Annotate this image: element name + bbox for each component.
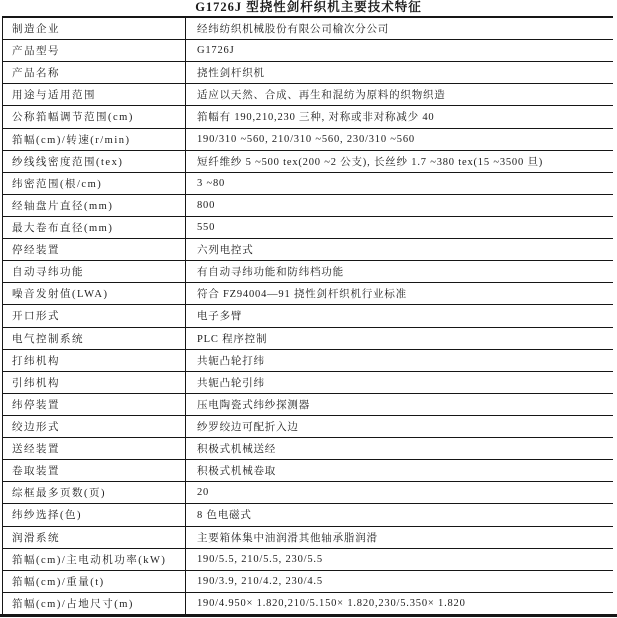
spec-value: 共轭凸轮引纬 bbox=[186, 372, 613, 393]
page-title: G1726J 型挠性剑杆织机主要技术特征 bbox=[0, 0, 617, 16]
spec-label: 筘幅(cm)/占地尺寸(m) bbox=[3, 593, 186, 614]
table-row: 打纬机构共轭凸轮打纬 bbox=[3, 350, 613, 372]
spec-table: 制造企业经纬纺织机械股份有限公司榆次分公司产品型号G1726J产品名称挠性剑杆织… bbox=[2, 16, 613, 614]
spec-label: 筘幅(cm)/主电动机功率(kW) bbox=[3, 549, 186, 570]
table-row: 产品名称挠性剑杆织机 bbox=[3, 62, 613, 84]
spec-value: 20 bbox=[186, 482, 613, 503]
table-row: 纬停装置压电陶瓷式纬纱探测器 bbox=[3, 394, 613, 416]
spec-value: 压电陶瓷式纬纱探测器 bbox=[186, 394, 613, 415]
table-bottom-rule bbox=[0, 614, 617, 617]
spec-sheet: G1726J 型挠性剑杆织机主要技术特征 制造企业经纬纺织机械股份有限公司榆次分… bbox=[0, 0, 617, 16]
spec-value: 电子多臂 bbox=[186, 305, 613, 326]
spec-label: 产品名称 bbox=[3, 62, 186, 83]
spec-label: 用途与适用范围 bbox=[3, 84, 186, 105]
spec-label: 产品型号 bbox=[3, 40, 186, 61]
table-row: 公称筘幅调节范围(cm)筘幅有 190,210,230 三种, 对称或非对称减少… bbox=[3, 106, 613, 128]
table-row: 纬纱选择(色)8 色电磁式 bbox=[3, 504, 613, 526]
spec-value: 六列电控式 bbox=[186, 239, 613, 260]
spec-label: 纱线线密度范围(tex) bbox=[3, 151, 186, 172]
table-row: 用途与适用范围适应以天然、合成、再生和混纺为原料的织物织造 bbox=[3, 84, 613, 106]
table-row: 自动寻纬功能有自动寻纬功能和防纬档功能 bbox=[3, 261, 613, 283]
table-row: 产品型号G1726J bbox=[3, 40, 613, 62]
spec-value: 190/310 ~560, 210/310 ~560, 230/310 ~560 bbox=[186, 129, 613, 150]
spec-value: 3 ~80 bbox=[186, 173, 613, 194]
spec-label: 综框最多页数(页) bbox=[3, 482, 186, 503]
spec-value: 纱罗绞边可配折入边 bbox=[186, 416, 613, 437]
spec-label: 送经装置 bbox=[3, 438, 186, 459]
table-row: 最大卷布直径(mm)550 bbox=[3, 217, 613, 239]
spec-label: 经轴盘片直径(mm) bbox=[3, 195, 186, 216]
spec-label: 绞边形式 bbox=[3, 416, 186, 437]
table-row: 电气控制系统PLC 程序控制 bbox=[3, 328, 613, 350]
spec-value: 190/3.9, 210/4.2, 230/4.5 bbox=[186, 571, 613, 592]
table-row: 润滑系统主要箱体集中油润滑其他轴承脂润滑 bbox=[3, 527, 613, 549]
spec-label: 纬密范围(根/cm) bbox=[3, 173, 186, 194]
spec-value: 主要箱体集中油润滑其他轴承脂润滑 bbox=[186, 527, 613, 548]
spec-value: 共轭凸轮打纬 bbox=[186, 350, 613, 371]
spec-label: 开口形式 bbox=[3, 305, 186, 326]
spec-value: 适应以天然、合成、再生和混纺为原料的织物织造 bbox=[186, 84, 613, 105]
spec-label: 纬纱选择(色) bbox=[3, 504, 186, 525]
spec-value: 550 bbox=[186, 217, 613, 238]
spec-label: 润滑系统 bbox=[3, 527, 186, 548]
table-row: 综框最多页数(页)20 bbox=[3, 482, 613, 504]
table-row: 停经装置六列电控式 bbox=[3, 239, 613, 261]
table-row: 纱线线密度范围(tex)短纤维纱 5 ~500 tex(200 ~2 公支), … bbox=[3, 151, 613, 173]
spec-label: 噪音发射值(LWA) bbox=[3, 283, 186, 304]
spec-value: 短纤维纱 5 ~500 tex(200 ~2 公支), 长丝纱 1.7 ~380… bbox=[186, 151, 613, 172]
spec-value: 经纬纺织机械股份有限公司榆次分公司 bbox=[186, 18, 613, 39]
spec-value: 8 色电磁式 bbox=[186, 504, 613, 525]
spec-value: G1726J bbox=[186, 40, 613, 61]
spec-label: 筘幅(cm)/转速(r/min) bbox=[3, 129, 186, 150]
table-row: 经轴盘片直径(mm)800 bbox=[3, 195, 613, 217]
spec-label: 引纬机构 bbox=[3, 372, 186, 393]
table-row: 筘幅(cm)/转速(r/min)190/310 ~560, 210/310 ~5… bbox=[3, 129, 613, 151]
table-row: 纬密范围(根/cm)3 ~80 bbox=[3, 173, 613, 195]
table-row: 筘幅(cm)/占地尺寸(m)190/4.950× 1.820,210/5.150… bbox=[3, 593, 613, 614]
table-row: 引纬机构共轭凸轮引纬 bbox=[3, 372, 613, 394]
spec-value: 符合 FZ94004—91 挠性剑杆织机行业标准 bbox=[186, 283, 613, 304]
spec-label: 电气控制系统 bbox=[3, 328, 186, 349]
spec-value: 积极式机械卷取 bbox=[186, 460, 613, 481]
spec-label: 自动寻纬功能 bbox=[3, 261, 186, 282]
spec-value: PLC 程序控制 bbox=[186, 328, 613, 349]
spec-label: 制造企业 bbox=[3, 18, 186, 39]
table-row: 筘幅(cm)/重量(t)190/3.9, 210/4.2, 230/4.5 bbox=[3, 571, 613, 593]
spec-value: 挠性剑杆织机 bbox=[186, 62, 613, 83]
spec-value: 190/4.950× 1.820,210/5.150× 1.820,230/5.… bbox=[186, 593, 613, 614]
spec-value: 积极式机械送经 bbox=[186, 438, 613, 459]
table-row: 筘幅(cm)/主电动机功率(kW)190/5.5, 210/5.5, 230/5… bbox=[3, 549, 613, 571]
spec-label: 卷取装置 bbox=[3, 460, 186, 481]
spec-value: 190/5.5, 210/5.5, 230/5.5 bbox=[186, 549, 613, 570]
spec-value: 有自动寻纬功能和防纬档功能 bbox=[186, 261, 613, 282]
spec-label: 筘幅(cm)/重量(t) bbox=[3, 571, 186, 592]
spec-value: 筘幅有 190,210,230 三种, 对称或非对称减少 40 bbox=[186, 106, 613, 127]
table-row: 送经装置积极式机械送经 bbox=[3, 438, 613, 460]
spec-label: 公称筘幅调节范围(cm) bbox=[3, 106, 186, 127]
table-row: 开口形式电子多臂 bbox=[3, 305, 613, 327]
table-row: 噪音发射值(LWA)符合 FZ94004—91 挠性剑杆织机行业标准 bbox=[3, 283, 613, 305]
spec-label: 打纬机构 bbox=[3, 350, 186, 371]
table-row: 制造企业经纬纺织机械股份有限公司榆次分公司 bbox=[3, 18, 613, 40]
table-row: 绞边形式纱罗绞边可配折入边 bbox=[3, 416, 613, 438]
spec-label: 纬停装置 bbox=[3, 394, 186, 415]
spec-label: 最大卷布直径(mm) bbox=[3, 217, 186, 238]
spec-value: 800 bbox=[186, 195, 613, 216]
table-row: 卷取装置积极式机械卷取 bbox=[3, 460, 613, 482]
spec-label: 停经装置 bbox=[3, 239, 186, 260]
